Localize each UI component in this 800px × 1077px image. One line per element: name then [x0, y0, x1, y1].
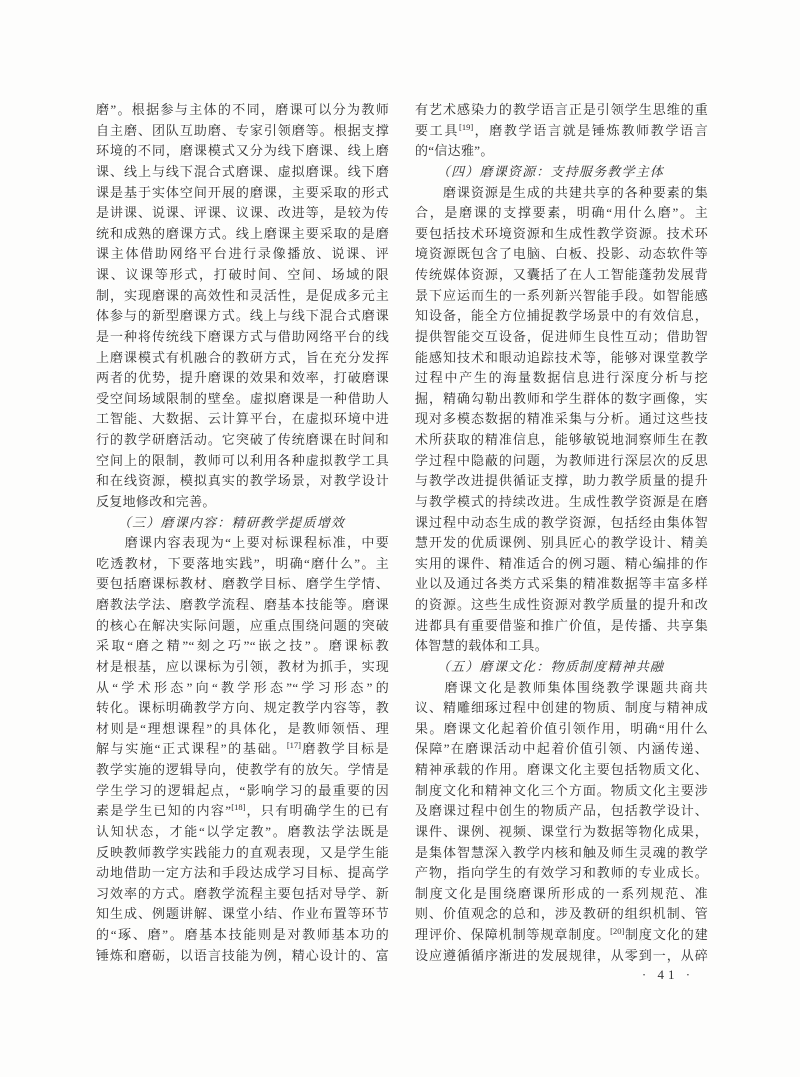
text-line: 与教学模式的持续改进。生成性教学资源是在磨 — [415, 492, 708, 513]
text-line: 受空间场域限制的壁垒。虚拟磨课是一种借助人 — [96, 389, 389, 410]
section-heading: （四）磨课资源：支持服务教学主体 — [415, 162, 708, 183]
text-line: 解与实施“正式课程”的基础。[17]磨教学目标是 — [96, 739, 389, 760]
text-line: 制度文化和精神文化三个方面。物质文化主要涉 — [415, 781, 708, 802]
page-number: · 41 · — [618, 967, 718, 987]
text-line: 果。磨课文化起着价值引领作用，明确“用什么 — [415, 719, 708, 740]
text-columns: 磨”。根据参与主体的不同，磨课可以分为教师自主磨、团队互助磨、专家引领磨等。根据… — [96, 100, 708, 966]
text-line: 提供智能交互设备，促进师生良性互动；借助智 — [415, 327, 708, 348]
text-line: 吃透教材，下要落地实践”，明确“磨什么”。主 — [96, 554, 389, 575]
citation-ref: [20] — [610, 926, 624, 936]
text-line: 课、议课等形式，打破时间、空间、场域的限 — [96, 265, 389, 286]
text-line: 制度文化是围绕磨课所形成的一系列规范、准 — [415, 884, 708, 905]
text-line: 产物，指向学生的有效学习和教师的专业成长。 — [415, 863, 708, 884]
text-line: 设应遵循循序渐进的发展规律，从零到一，从碎 — [415, 946, 708, 967]
text-line: 的“琢、磨”。磨基本技能则是对教师基本功的 — [96, 925, 389, 946]
text-line: 磨课文化是教师集体围绕教学课题共商共 — [415, 678, 708, 699]
text-line: 材是根基，应以课标为引领，教材为抓手，实现 — [96, 657, 389, 678]
text-line: 磨课内容表现为“上要对标课程标准，中要 — [96, 533, 389, 554]
text-line: 议、精雕细琢过程中创建的物质、制度与精神成 — [415, 698, 708, 719]
text-line: 课主体借助网络平台进行录像播放、说课、评 — [96, 244, 389, 265]
text-line: 是集体智慧深入教学内核和触及师生灵魂的教学 — [415, 843, 708, 864]
text-line: 自主磨、团队互助磨、专家引领磨等。根据支撑 — [96, 121, 389, 142]
text-line: 现对多模态数据的精准采集与分析。通过这些技 — [415, 409, 708, 430]
text-line: 过程中产生的海量数据信息进行深度分析与挖 — [415, 368, 708, 389]
text-line: 要工具[19]，磨教学语言就是锤炼教师教学语言 — [415, 121, 708, 142]
text-line: 磨课资源是生成的共建共享的各种要素的集 — [415, 183, 708, 204]
text-line: 习效率的方式。磨教学流程主要包括对导学、新 — [96, 884, 389, 905]
text-line: 转化。课标明确教学方向、规定教学内容等，教 — [96, 698, 389, 719]
text-line: 掘，精确勾勒出教师和学生群体的数字画像，实 — [415, 389, 708, 410]
text-line: 慧开发的优质课例、别具匠心的教学设计、精美 — [415, 533, 708, 554]
text-line: 精神承载的作用。磨课文化主要包括物质文化、 — [415, 760, 708, 781]
text-line: 是讲课、说课、评课、议课、改进等，是较为传 — [96, 203, 389, 224]
text-line: 的“信达雅”。 — [415, 141, 708, 162]
text-line: 有艺术感染力的教学语言正是引领学生思维的重 — [415, 100, 708, 121]
text-line: 工智能、大数据、云计算平台，在虚拟环境中进 — [96, 409, 389, 430]
text-line: 课件、课例、视频、课堂行为数据等物化成果， — [415, 822, 708, 843]
text-line: 景下应运而生的一系列新兴智能手段。如智能感 — [415, 286, 708, 307]
text-line: 磨教法学法、磨教学流程、磨基本技能等。磨课 — [96, 595, 389, 616]
text-line: 锤炼和磨砺，以语言技能为例，精心设计的、富 — [96, 946, 389, 967]
text-line: 是一种将传统线下磨课方式与借助网络平台的线 — [96, 327, 389, 348]
text-line: 体参与的新型磨课方式。线上与线下混合式磨课 — [96, 306, 389, 327]
text-line: 制，实现磨课的高效性和灵活性，是促成多元主 — [96, 286, 389, 307]
text-line: 术所获取的精准信息，能够敏锐地洞察师生在教 — [415, 430, 708, 451]
text-line: 知设备，能全方位捕捉教学场景中的有效信息， — [415, 306, 708, 327]
text-line: 教学实施的逻辑导向，使教学有的放矢。学情是 — [96, 760, 389, 781]
text-line: 业以及通过各类方式采集的精准数据等丰富多样 — [415, 574, 708, 595]
text-line: 动地借助一定方法和手段达成学习目标、提高学 — [96, 863, 389, 884]
text-line: 的核心在解决实际问题，应重点围绕问题的突破 — [96, 616, 389, 637]
text-line: 能感知技术和眼动追踪技术等，能够对课堂教学 — [415, 348, 708, 369]
text-line: 要包括技术环境资源和生成性教学资源。技术环 — [415, 224, 708, 245]
text-line: 的资源。这些生成性资源对教学质量的提升和改 — [415, 595, 708, 616]
citation-ref: [17] — [287, 740, 301, 750]
text-line: 认知状态，才能“以学定教”。磨教法学法既是 — [96, 822, 389, 843]
text-line: 学生学习的逻辑起点，“影响学习的最重要的因 — [96, 781, 389, 802]
text-line: 两者的优势，提升磨课的效果和效率，打破磨课 — [96, 368, 389, 389]
text-line: 则、价值观念的总和，涉及教研的组织机制、管 — [415, 904, 708, 925]
text-line: 行的教学研磨活动。它突破了传统磨课在时间和 — [96, 430, 389, 451]
section-heading: （五）磨课文化：物质制度精神共融 — [415, 657, 708, 678]
text-line: 课是基于实体空间开展的磨课，主要采取的形式 — [96, 183, 389, 204]
text-line: 课、线上与线下混合式磨课、虚拟磨课。线下磨 — [96, 162, 389, 183]
citation-ref: [18] — [231, 802, 245, 812]
text-line: 理评价、保障机制等规章制度。[20]制度文化的建 — [415, 925, 708, 946]
text-line: 上磨课模式有机融合的教研方式，旨在充分发挥 — [96, 348, 389, 369]
text-line: 从“学术形态”向“教学形态”“学习形态”的 — [96, 678, 389, 699]
text-line: 知生成、例题讲解、课堂小结、作业布置等环节 — [96, 904, 389, 925]
text-line: 课过程中动态生成的教学资源，包括经由集体智 — [415, 513, 708, 534]
paper-page: 磨”。根据参与主体的不同，磨课可以分为教师自主磨、团队互助磨、专家引领磨等。根据… — [0, 0, 800, 1077]
text-line: 采取“磨之精”“刻之巧”“嵌之技”。磨课标教 — [96, 636, 389, 657]
text-line: 学过程中隐蔽的问题，为教师进行深层次的反思 — [415, 451, 708, 472]
text-line: 要包括磨课标教材、磨教学目标、磨学生学情、 — [96, 574, 389, 595]
text-line: 反映教师教学实践能力的直观表现，又是学生能 — [96, 843, 389, 864]
section-heading: （三）磨课内容：精研教学提质增效 — [96, 513, 389, 534]
text-line: 和在线资源，模拟真实的教学场景，对教学设计 — [96, 471, 389, 492]
text-line: 及磨课过程中创生的物质产品，包括教学设计、 — [415, 801, 708, 822]
text-line: 进都具有重要借鉴和推广价值，是传播、共享集 — [415, 616, 708, 637]
text-line: 统和成熟的磨课方式。线上磨课主要采取的是磨 — [96, 224, 389, 245]
text-line: 与教学改进提供循证支撑，助力教学质量的提升 — [415, 471, 708, 492]
left-column: 磨”。根据参与主体的不同，磨课可以分为教师自主磨、团队互助磨、专家引领磨等。根据… — [96, 100, 389, 966]
text-line: 环境的不同，磨课模式又分为线下磨课、线上磨 — [96, 141, 389, 162]
text-line: 磨”。根据参与主体的不同，磨课可以分为教师 — [96, 100, 389, 121]
text-line: 保障”在磨课活动中起着价值引领、内涵传递、 — [415, 739, 708, 760]
text-line: 合，是磨课的支撑要素，明确“用什么磨”。主 — [415, 203, 708, 224]
text-line: 境资源既包含了电脑、白板、投影、动态软件等 — [415, 244, 708, 265]
text-line: 传统媒体资源，又囊括了在人工智能蓬勃发展背 — [415, 265, 708, 286]
citation-ref: [19] — [459, 122, 473, 132]
text-line: 素是学生已知的内容”[18]，只有明确学生的已有 — [96, 801, 389, 822]
text-line: 反复地修改和完善。 — [96, 492, 389, 513]
text-line: 空间上的限制，教师可以利用各种虚拟教学工具 — [96, 451, 389, 472]
text-line: 体智慧的载体和工具。 — [415, 636, 708, 657]
text-line: 材则是“理想课程”的具体化，是教师领悟、理 — [96, 719, 389, 740]
right-column: 有艺术感染力的教学语言正是引领学生思维的重要工具[19]，磨教学语言就是锤炼教师… — [415, 100, 708, 966]
text-line: 实用的课件、精准适合的例习题、精心编排的作 — [415, 554, 708, 575]
